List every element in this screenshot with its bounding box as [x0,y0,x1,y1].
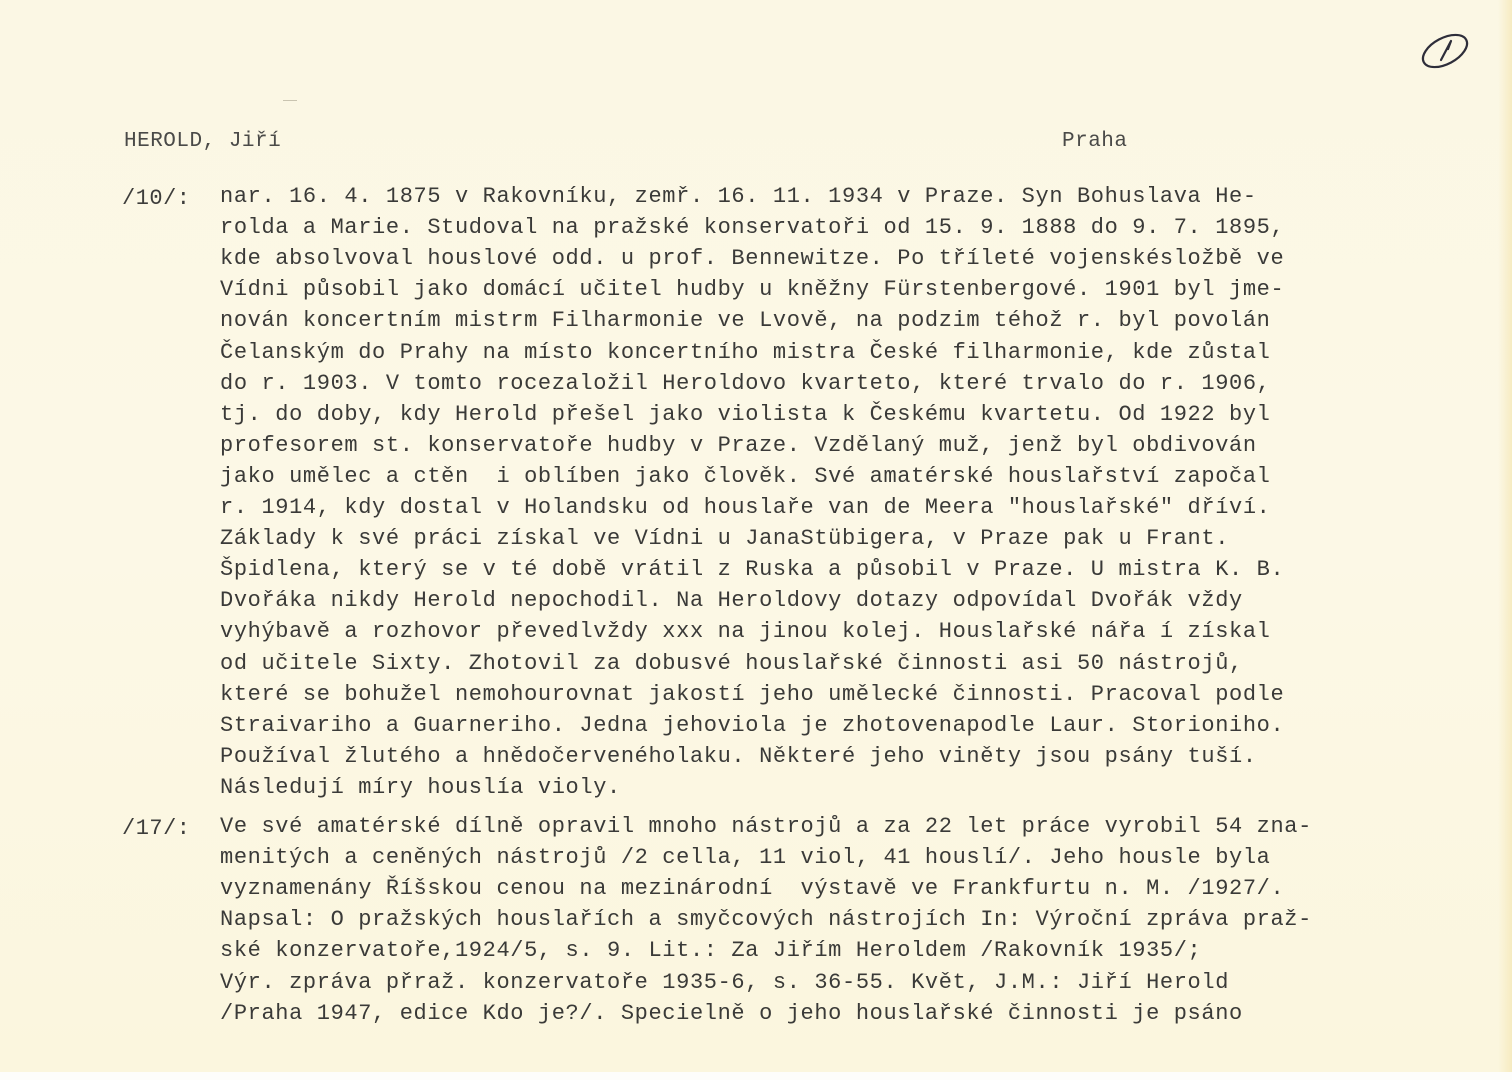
typed-line: Ve své amatérské dílně opravil mnoho nás… [220,816,1312,838]
typed-line: Napsal: O pražských houslařích a smyčcov… [220,909,1312,931]
typed-line: menitých a ceněných nástrojů /2 cella, 1… [220,847,1270,869]
typed-line: Výr. zpráva přraž. konzervatoře 1935-6, … [220,972,1229,994]
typed-line: nován koncertním mistrm Filharmonie ve L… [220,310,1270,332]
typed-line: jako umělec a ctěn i oblíben jako člověk… [220,466,1270,488]
typed-line: Čelanským do Prahy na místo koncertního … [220,342,1270,364]
typed-line: kde absolvoval houslové odd. u prof. Ben… [220,248,1284,270]
typed-line: /Praha 1947, edice Kdo je?/. Specielně o… [220,1003,1243,1025]
typed-line: které se bohužel nemohourovnat jakostí j… [220,684,1284,706]
entry-name: HEROLD, Jiří [124,130,281,153]
typed-line: od učitele Sixty. Zhotovil za dobusvé ho… [220,653,1243,675]
typed-line: nar. 16. 4. 1875 v Rakovníku, zemř. 16. … [220,186,1257,208]
typed-line: do r. 1903. V tomto rocezaložil Heroldov… [220,373,1270,395]
scan-edge [0,1072,1512,1080]
typed-line: profesorem st. konservatoře hudby v Praz… [220,435,1257,457]
typed-line: vyznamenány Říšskou cenou na mezinárodní… [220,878,1284,900]
typed-line: tj. do doby, kdy Herold přešel jako viol… [220,404,1270,426]
typed-line: rolda a Marie. Studoval na pražské konse… [220,217,1284,239]
typed-line: ské konzervatoře,1924/5, s. 9. Lit.: Za … [220,940,1201,962]
typed-line: Straivariho a Guarneriho. Jedna jehoviol… [220,715,1284,737]
typed-line: Vídni působil jako domácí učitel hudby u… [220,279,1284,301]
stray-mark [283,100,297,101]
index-card: HEROLD, Jiří Praha /10/: nar. 16. 4. 187… [0,0,1512,1072]
entry-place: Praha [1062,130,1128,153]
typed-line: r. 1914, kdy dostal v Holandsku od housl… [220,497,1270,519]
typed-line: Základy k své práci získal ve Vídni u Ja… [220,528,1229,550]
typed-line: Používal žlutého a hnědočervenéholaku. N… [220,746,1257,768]
typed-line: Následují míry houslía violy. [220,777,621,799]
section-label: /10/: [122,186,191,211]
section-label: /17/: [122,816,191,841]
typed-line: Špidlena, který se v té době vrátil z Ru… [220,559,1284,581]
typed-line: vyhýbavě a rozhovor převedlvždy xxx na j… [220,621,1270,643]
circled-page-number-icon [1418,30,1472,70]
typed-line: Dvořáka nikdy Herold nepochodil. Na Hero… [220,590,1243,612]
